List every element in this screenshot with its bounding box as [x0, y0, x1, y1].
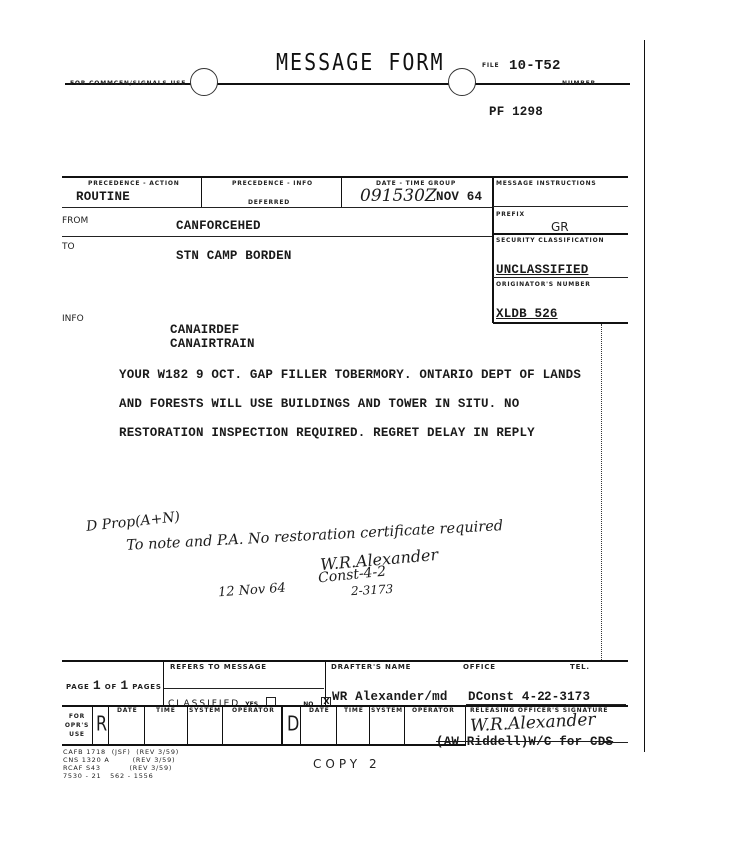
precedence-divider-1 [201, 177, 202, 207]
opr-grid-v4 [187, 706, 188, 744]
opr-grid-v6 [281, 706, 283, 744]
prefix-value: GR [551, 220, 569, 234]
copy-label: COPY 2 [313, 757, 381, 771]
form-code-1: CAFB 1718 (JSF) (REV 3/59) [63, 748, 179, 756]
info-label: INFO [62, 314, 84, 324]
precedence-bottom-rule [62, 207, 492, 208]
col-date-left: DATE [117, 707, 138, 714]
precedence-action-label: PRECEDENCE - ACTION [88, 180, 180, 187]
from-bottom-rule [62, 236, 492, 237]
text-margin-dotted-rule [601, 324, 602, 660]
drafters-name-value: WR Alexander/md [332, 690, 448, 704]
tel-value: 2-3173 [544, 690, 590, 704]
annotation-line-1: D Prop(A+N) [85, 509, 180, 535]
message-instructions-label: MESSAGE INSTRUCTIONS [496, 180, 597, 187]
annotation-date: 12 Nov 64 [218, 581, 287, 601]
refers-underline [164, 688, 324, 689]
dtg-typed: NOV 64 [436, 190, 482, 204]
col-operator-right: OPERATOR [412, 707, 455, 714]
opr-grid-v5 [222, 706, 223, 744]
opr-grid-v7 [300, 706, 301, 744]
for-oprs-use-label: FOR OPR'S USE [64, 712, 90, 739]
pf-number: PF 1298 [489, 105, 543, 119]
info-value-2: CANAIRTRAIN [170, 337, 255, 351]
col-system-left: SYSTEM [189, 707, 221, 714]
office-label: OFFICE [463, 663, 496, 671]
opr-grid-v10 [404, 706, 405, 744]
file-label: FILE [482, 62, 499, 69]
form-code-2: CNS 1320 A (REV 3/59) [63, 756, 175, 764]
originators-number-value: XLDB 526 [496, 307, 558, 321]
dtg-handwritten: 091530Z [360, 186, 437, 206]
office-value: DConst 4-2 [468, 690, 545, 704]
prefix-bottom-rule [493, 233, 628, 235]
opr-grid-v9 [369, 706, 370, 744]
punch-hole-left [190, 68, 218, 96]
security-bottom-rule [493, 277, 628, 278]
number-label: NUMBER [562, 80, 596, 87]
page-total: 1 [120, 678, 129, 693]
annotation-tel: 2-3173 [351, 582, 394, 598]
page-suffix: PAGES [132, 683, 161, 691]
col-date-right: DATE [309, 707, 330, 714]
message-line-1: YOUR W182 9 OCT. GAP FILLER TOBERMORY. O… [119, 368, 581, 382]
precedence-top-rule [62, 176, 628, 178]
footer-top-rule [62, 660, 628, 662]
page-of: OF [105, 683, 117, 691]
security-classification-label: SECURITY CLASSIFICATION [496, 237, 604, 244]
page-current: 1 [93, 678, 102, 693]
to-label: TO [62, 242, 75, 252]
from-value: CANFORCEHED [176, 219, 261, 233]
right-margin-rule [644, 40, 645, 752]
page-prefix: PAGE [66, 683, 90, 691]
originators-number-label: ORIGINATOR'S NUMBER [496, 281, 591, 288]
from-label: FROM [62, 216, 88, 226]
punch-hole-right [448, 68, 476, 96]
form-title: MESSAGE FORM [276, 48, 445, 76]
prefix-label: PREFIX [496, 211, 525, 218]
opr-grid-v2 [108, 706, 109, 744]
file-number: 10-T52 [509, 58, 561, 74]
precedence-divider-2 [341, 177, 342, 207]
security-classification-value: UNCLASSIFIED [496, 263, 588, 277]
releasing-line-extension [604, 742, 628, 743]
page-indicator: PAGE 1 OF 1 PAGES [66, 678, 162, 693]
form-code-3: RCAF S43 (REV 3/59) [63, 764, 172, 772]
opr-grid-v1 [92, 706, 93, 744]
info-value-1: CANAIRDEF [170, 323, 239, 337]
col-time-left: TIME [156, 707, 176, 714]
sidebox-left-rule [492, 177, 494, 323]
releasing-label-underline [466, 704, 626, 705]
instructions-bottom-rule [493, 206, 628, 207]
message-line-3: RESTORATION INSPECTION REQUIRED. REGRET … [119, 426, 535, 440]
opr-grid-v3 [144, 706, 145, 744]
form-code-4: 7530 - 21 562 - 1556 [63, 772, 154, 780]
annotation-line-2: To note and P.A. No restoration certific… [126, 518, 504, 554]
releasing-officer-name: (AW Riddell)W/C for CDS [436, 735, 613, 749]
precedence-info-value: DEFERRED [248, 199, 290, 206]
precedence-action-value: ROUTINE [76, 190, 130, 204]
r-mark: R [96, 711, 107, 736]
refers-to-message-label: REFERS TO MESSAGE [170, 663, 267, 671]
footer-bottom-rule [62, 744, 466, 746]
commcen-label: FOR COMMCEN/SIGNALS USE [70, 80, 186, 87]
col-system-right: SYSTEM [371, 707, 403, 714]
precedence-info-label: PRECEDENCE - INFO [232, 180, 313, 187]
d-mark: D [287, 711, 300, 736]
tel-label: TEL. [570, 663, 590, 671]
drafters-name-label: DRAFTER'S NAME [331, 663, 411, 671]
col-time-right: TIME [344, 707, 364, 714]
to-value: STN CAMP BORDEN [176, 249, 292, 263]
opr-grid-v8 [336, 706, 337, 744]
col-operator-left: OPERATOR [232, 707, 275, 714]
footer-divider-page [163, 661, 164, 705]
message-line-2: AND FORESTS WILL USE BUILDINGS AND TOWER… [119, 397, 519, 411]
sidebox-bottom-rule [493, 322, 628, 324]
